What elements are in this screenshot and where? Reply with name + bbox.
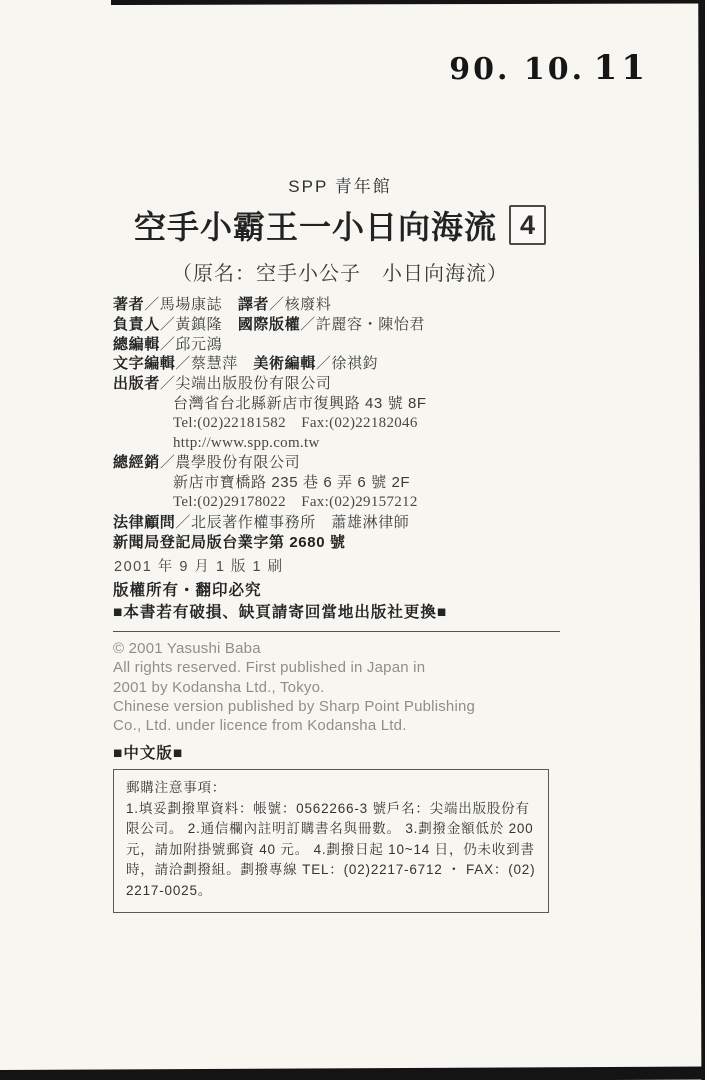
credit-value: 台灣省台北縣新店市復興路 43 號 8F — [173, 395, 427, 412]
mail-order-line: 元，請加附掛號郵資 40 元。 4.劃撥日起 10~14 日，仍未收到書 — [126, 840, 538, 861]
mail-order-line: 時，請洽劃撥組。劃撥專線 TEL：(02)2217-6712 ・ FAX：(02… — [126, 860, 538, 881]
mail-order-line: 1.填妥劃撥單資料：帳號：0562266-3 號戶名：尖端出版股份有 — [126, 799, 538, 820]
credit-line: 總編輯／邱元鴻 — [113, 335, 568, 355]
title-block: SPP 青年館 空手小霸王一小日向海流 4 （原名：空手小公子 小日向海流） — [110, 172, 570, 286]
english-copyright-line: 2001 by Kodansha Ltd., Tokyo. — [113, 678, 475, 697]
edition-line: 2001 年 9 月 1 版 1 刷 — [114, 555, 284, 576]
scan-edge-top — [111, 0, 705, 5]
credit-role-label: 總經銷 — [113, 454, 160, 471]
credit-line: 新聞局登記局版台業字第 2680 號 — [113, 533, 568, 553]
original-title: （原名：空手小公子 小日向海流） — [110, 257, 570, 286]
credit-value: ／尖端出版股份有限公司 — [160, 375, 332, 392]
scan-edge-bottom — [0, 1067, 705, 1080]
credit-role-label: 出版者 — [113, 375, 160, 392]
scan-edge-right — [696, 0, 705, 1080]
credit-role-label: 美術編輯 — [253, 355, 315, 372]
credit-role-label: 負責人 — [113, 316, 160, 333]
copyright-notice: 版權所有・翻印必究 ■本書若有破損、缺頁請寄回當地出版社更換■ — [113, 580, 447, 623]
credit-value: ／黃鎮隆 — [160, 316, 238, 333]
mail-order-line: 郵購注意事項： — [126, 778, 538, 799]
section-divider — [113, 631, 560, 632]
credit-value: ／核廢料 — [269, 296, 331, 313]
credit-line: 台灣省台北縣新店市復興路 43 號 8F — [113, 394, 568, 414]
credit-role-label: 國際版權 — [238, 316, 300, 333]
credit-line: 負責人／黃鎮隆 國際版權／許麗容・陳怡君 — [113, 315, 568, 335]
credit-line: 文字編輯／蔡慧萍 美術編輯／徐祺鈞 — [113, 354, 568, 374]
credit-role-label: 譯者 — [238, 296, 269, 313]
copyright-notice-line1: 版權所有・翻印必究 — [113, 580, 447, 602]
credit-value: Tel:(02)29178022 Fax:(02)29157212 — [173, 494, 418, 510]
credit-role-label: 法律顧問 — [113, 514, 175, 531]
imprint-label: SPP 青年館 — [110, 172, 570, 197]
copyright-notice-line2: ■本書若有破損、缺頁請寄回當地出版社更換■ — [113, 602, 447, 624]
credit-line: 著者／馬場康誌 譯者／核廢料 — [113, 295, 568, 315]
credits-block: 著者／馬場康誌 譯者／核廢料負責人／黃鎮隆 國際版權／許麗容・陳怡君總編輯／邱元… — [113, 295, 568, 552]
credit-line: Tel:(02)29178022 Fax:(02)29157212 — [113, 493, 568, 513]
date-stamp-day: 11 — [594, 48, 649, 88]
chinese-edition-label: ■中文版■ — [113, 741, 183, 763]
credit-line: 總經銷／農學股份有限公司 — [113, 453, 568, 473]
credit-value: ／馬場康誌 — [144, 296, 238, 313]
credit-value: http://www.spp.com.tw — [173, 435, 320, 451]
credit-value: ／徐祺鈞 — [316, 355, 378, 372]
english-copyright-line: Chinese version published by Sharp Point… — [113, 697, 475, 716]
credit-value: Tel:(02)22181582 Fax:(02)22182046 — [173, 415, 418, 431]
book-title-row: 空手小霸王一小日向海流 4 — [110, 202, 570, 248]
english-copyright-block: © 2001 Yasushi BabaAll rights reserved. … — [113, 639, 475, 735]
colophon-page: 90. 10. 11 SPP 青年館 空手小霸王一小日向海流 4 （原名：空手小… — [0, 0, 705, 1080]
credit-line: 出版者／尖端出版股份有限公司 — [113, 374, 568, 394]
credit-value: 新店市寶橋路 235 巷 6 弄 6 號 2F — [173, 474, 410, 491]
credit-role-label: 文字編輯 — [113, 355, 175, 372]
english-copyright-line: All rights reserved. First published in … — [113, 658, 475, 677]
english-copyright-line: © 2001 Yasushi Baba — [113, 639, 475, 658]
credit-role-label: 新聞局登記局版台業字第 2680 號 — [113, 534, 346, 551]
credit-line: Tel:(02)22181582 Fax:(02)22182046 — [113, 414, 568, 434]
date-stamp-month: 90. 10. — [449, 52, 585, 87]
credit-value: ／北辰著作權事務所 蕭雄淋律師 — [175, 514, 409, 531]
credit-value: ／許麗容・陳怡君 — [300, 316, 425, 333]
mail-order-notice-box: 郵購注意事項：1.填妥劃撥單資料：帳號：0562266-3 號戶名：尖端出版股份… — [113, 769, 549, 913]
credit-value: ／邱元鴻 — [160, 336, 222, 353]
mail-order-line: 2217-0025。 — [126, 881, 538, 902]
book-title: 空手小霸王一小日向海流 — [134, 202, 497, 248]
volume-number-badge: 4 — [509, 205, 546, 245]
credit-line: 法律顧問／北辰著作權事務所 蕭雄淋律師 — [113, 513, 568, 533]
credit-role-label: 著者 — [113, 296, 144, 313]
credit-role-label: 總編輯 — [113, 336, 160, 353]
english-copyright-line: Co., Ltd. under licence from Kodansha Lt… — [113, 716, 475, 735]
credit-line: 新店市寶橋路 235 巷 6 弄 6 號 2F — [113, 473, 568, 493]
date-stamp: 90. 10. 11 — [449, 48, 649, 88]
credit-value: ／蔡慧萍 — [175, 355, 253, 372]
credit-line: http://www.spp.com.tw — [113, 434, 568, 454]
credit-value: ／農學股份有限公司 — [160, 454, 300, 471]
mail-order-line: 限公司。 2.通信欄內註明訂購書名與冊數。 3.劃撥金額低於 200 — [126, 819, 538, 840]
